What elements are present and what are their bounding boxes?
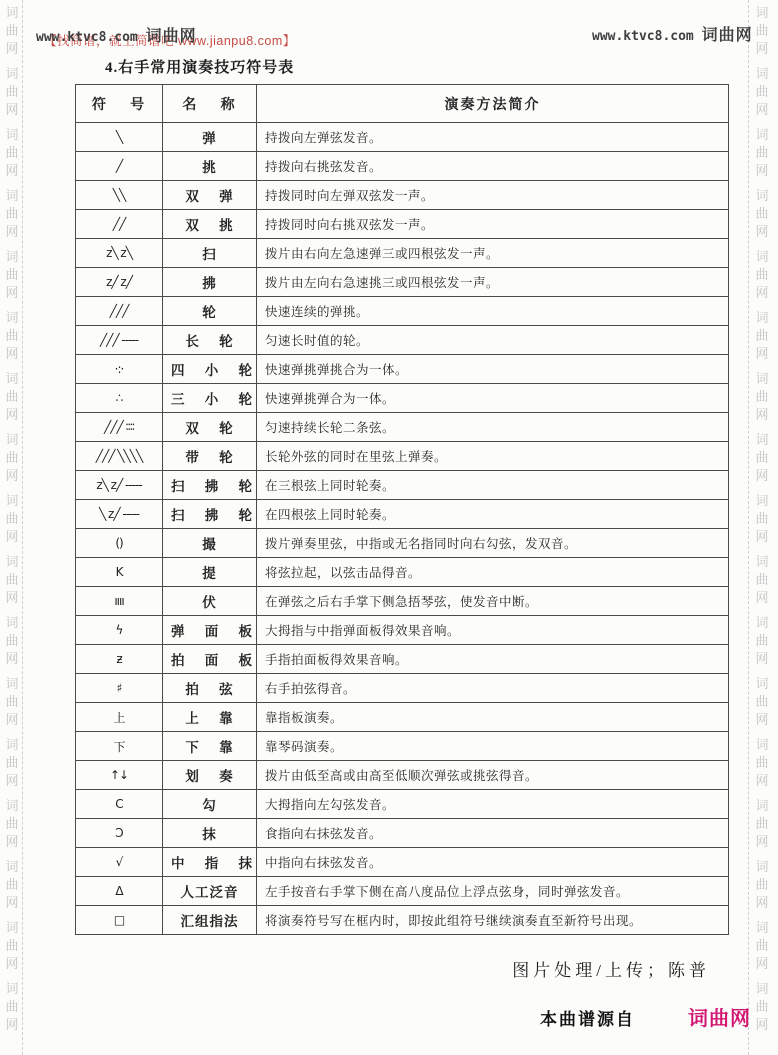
- technique-symbol: ╲: [76, 123, 163, 152]
- technique-symbol: Δ: [76, 877, 163, 906]
- side-watermark-char: 网: [755, 772, 768, 790]
- table-row: ╱ 挑 持拨向右挑弦发音。: [76, 152, 729, 181]
- technique-description: 中指向右抹弦发音。: [257, 848, 729, 877]
- side-watermark-char: 网: [5, 345, 18, 363]
- side-watermark-char: 词: [5, 919, 18, 937]
- side-watermark-char: 词: [755, 370, 768, 388]
- side-watermark-group: 词曲网: [5, 370, 18, 424]
- technique-name: 扫: [163, 239, 257, 268]
- side-watermark-char: 曲: [755, 815, 768, 833]
- column-header-symbol: 符 号: [76, 85, 163, 123]
- technique-name: 抹: [163, 819, 257, 848]
- side-watermark-group: 词曲网: [5, 797, 18, 851]
- side-watermark-char: 曲: [5, 815, 18, 833]
- side-watermark-char: 曲: [5, 22, 18, 40]
- side-watermark-char: 曲: [5, 571, 18, 589]
- column-header-name: 名 称: [163, 85, 257, 123]
- table-row: 下 下 靠 靠琴码演奏。: [76, 732, 729, 761]
- side-watermark-group: 词曲网: [5, 492, 18, 546]
- technique-symbol: z╱ z╱: [76, 268, 163, 297]
- technique-symbol: ϟ: [76, 616, 163, 645]
- side-watermark-char: 网: [755, 955, 768, 973]
- technique-name: 三 小 轮: [163, 384, 257, 413]
- side-watermark-group: 词曲网: [755, 309, 768, 363]
- side-watermark-char: 网: [755, 589, 768, 607]
- technique-name: 下 靠: [163, 732, 257, 761]
- source-label: 本曲谱源自: [540, 1005, 635, 1030]
- table-row: ╲ z╱ ----- 扫 拂 轮 在四根弦上同时轮奏。: [76, 500, 729, 529]
- table-row: ƶ 拍 面 板 手指拍面板得效果音响。: [76, 645, 729, 674]
- technique-name: 提: [163, 558, 257, 587]
- side-watermark-char: 网: [755, 833, 768, 851]
- side-watermark-char: 曲: [755, 449, 768, 467]
- technique-name: 勾: [163, 790, 257, 819]
- side-watermark-char: 网: [5, 101, 18, 119]
- technique-name: 上 靠: [163, 703, 257, 732]
- table-row: 上 上 靠 靠指板演奏。: [76, 703, 729, 732]
- side-watermark-group: 词曲网: [755, 858, 768, 912]
- side-watermark-char: 网: [5, 40, 18, 58]
- side-watermark-char: 词: [755, 980, 768, 998]
- page-title: 4.右手常用演奏技巧符号表: [105, 56, 294, 77]
- side-watermark-char: 词: [755, 797, 768, 815]
- side-watermark-char: 曲: [5, 693, 18, 711]
- technique-name: 撮: [163, 529, 257, 558]
- side-watermark-char: 词: [5, 248, 18, 266]
- side-watermark-group: 词曲网: [5, 65, 18, 119]
- ciquwang-logo: 词曲网: [688, 1002, 751, 1031]
- column-header-description: 演奏方法简介: [257, 85, 729, 123]
- technique-description: 右手拍弦得音。: [257, 674, 729, 703]
- side-watermark-char: 网: [755, 467, 768, 485]
- side-watermark-char: 曲: [755, 510, 768, 528]
- side-watermark-group: 词曲网: [755, 187, 768, 241]
- side-watermark-group: 词曲网: [755, 65, 768, 119]
- side-watermark-char: 曲: [5, 754, 18, 772]
- table-row: ·:· 四 小 轮 快速弹挑弹挑合为一体。: [76, 355, 729, 384]
- technique-description: 快速连续的弹挑。: [257, 297, 729, 326]
- side-watermark-char: 网: [5, 711, 18, 729]
- side-watermark-char: 词: [5, 370, 18, 388]
- side-watermark-char: 网: [755, 894, 768, 912]
- table-row: ╱╱╱ ∶∶∶∶ 双 轮 匀速持续长轮二条弦。: [76, 413, 729, 442]
- table-row: ıııı 伏 在弹弦之后右手掌下侧急捂琴弦，使发音中断。: [76, 587, 729, 616]
- side-watermark-char: 词: [5, 431, 18, 449]
- table-row: ╱╱╱ ╲╲╲╲ 带 轮 长轮外弦的同时在里弦上弹奏。: [76, 442, 729, 471]
- technique-description: 食指向右抹弦发音。: [257, 819, 729, 848]
- side-watermark-char: 曲: [755, 22, 768, 40]
- side-watermark-char: 词: [5, 614, 18, 632]
- side-watermark-group: 词曲网: [5, 248, 18, 302]
- technique-name: 划 奏: [163, 761, 257, 790]
- table-row: z╱ z╱ 拂 拨片由左向右急速挑三或四根弦发一声。: [76, 268, 729, 297]
- side-watermark-char: 网: [5, 223, 18, 241]
- side-watermark-char: 网: [755, 284, 768, 302]
- uploader-credit: 图片处理/上传；陈普: [0, 956, 710, 981]
- side-watermark-char: 词: [755, 248, 768, 266]
- table-row: ↑↓ 划 奏 拨片由低至高或由高至低顺次弹弦或挑弦得音。: [76, 761, 729, 790]
- side-watermark-char: 词: [755, 309, 768, 327]
- side-watermark-char: 曲: [5, 876, 18, 894]
- technique-name: 轮: [163, 297, 257, 326]
- technique-description: 拨片由低至高或由高至低顺次弹弦或挑弦得音。: [257, 761, 729, 790]
- technique-description: 持拨向左弹弦发音。: [257, 123, 729, 152]
- side-watermark-char: 网: [755, 406, 768, 424]
- side-watermark-group: 词曲网: [755, 919, 768, 973]
- side-watermark-group: 词曲网: [755, 370, 768, 424]
- technique-description: 拨片由右向左急速弹三或四根弦发一声。: [257, 239, 729, 268]
- side-watermark-group: 词曲网: [755, 492, 768, 546]
- scanned-sheet-page: { "watermarks": { "side_text": "词曲网", "t…: [0, 0, 778, 1055]
- table-row: () 撮 拨片弹奏里弦，中指或无名指同时向右勾弦，发双音。: [76, 529, 729, 558]
- technique-symbol: √: [76, 848, 163, 877]
- side-watermark-char: 曲: [755, 693, 768, 711]
- side-watermark-group: 词曲网: [755, 553, 768, 607]
- side-watermark-group: 词曲网: [755, 126, 768, 180]
- technique-description: 持拨同时向右挑双弦发一声。: [257, 210, 729, 239]
- technique-description: 将弦拉起，以弦击品得音。: [257, 558, 729, 587]
- side-watermark-char: 网: [5, 833, 18, 851]
- side-watermark-char: 曲: [5, 449, 18, 467]
- technique-name: 人工泛音: [163, 877, 257, 906]
- table-row: □ 汇组指法 将演奏符号写在框内时，即按此组符号继续演奏直至新符号出现。: [76, 906, 729, 935]
- table-header-row: 符 号 名 称 演奏方法简介: [76, 85, 729, 123]
- technique-symbol: ╱: [76, 152, 163, 181]
- technique-symbol: ∴: [76, 384, 163, 413]
- technique-name: 扫 拂 轮: [163, 471, 257, 500]
- side-watermark-char: 网: [5, 284, 18, 302]
- side-watermark-char: 词: [755, 4, 768, 22]
- technique-description: 拨片由左向右急速挑三或四根弦发一声。: [257, 268, 729, 297]
- side-watermark-char: 曲: [755, 571, 768, 589]
- table-row: ╱╱ 双 挑 持拨同时向右挑双弦发一声。: [76, 210, 729, 239]
- side-watermark-char: 词: [755, 187, 768, 205]
- technique-symbol: ╲ z╱ -----: [76, 500, 163, 529]
- technique-name: 双 挑: [163, 210, 257, 239]
- side-watermark-char: 网: [5, 894, 18, 912]
- side-watermark-group: 词曲网: [755, 675, 768, 729]
- side-watermark-char: 词: [5, 797, 18, 815]
- table-row: K 提 将弦拉起，以弦击品得音。: [76, 558, 729, 587]
- ciqu-site-name-left: 词曲网: [146, 28, 197, 45]
- side-watermark-char: 曲: [755, 876, 768, 894]
- table-row: Δ 人工泛音 左手按音右手掌下侧在高八度品位上浮点弦身，同时弹弦发音。: [76, 877, 729, 906]
- technique-description: 手指拍面板得效果音响。: [257, 645, 729, 674]
- ktvc8-url-left: www.ktvc8.com: [36, 30, 138, 45]
- side-watermark-char: 曲: [5, 266, 18, 284]
- side-watermark-char: 网: [755, 528, 768, 546]
- side-watermark-char: 网: [5, 162, 18, 180]
- technique-symbol: ↑↓: [76, 761, 163, 790]
- technique-name: 拂: [163, 268, 257, 297]
- side-watermark-char: 词: [5, 65, 18, 83]
- side-watermark-char: 网: [5, 467, 18, 485]
- technique-symbol: Ɔ: [76, 819, 163, 848]
- side-watermark-char: 曲: [755, 83, 768, 101]
- side-watermark-char: 词: [5, 980, 18, 998]
- technique-symbol: 上: [76, 703, 163, 732]
- ktvc8-watermark-top-right: www.ktvc8.com 词曲网: [592, 22, 753, 45]
- table-row: ╲╲ 双 弹 持拨同时向左弹双弦发一声。: [76, 181, 729, 210]
- side-watermark-char: 曲: [5, 388, 18, 406]
- side-watermark-char: 曲: [5, 937, 18, 955]
- side-watermark-char: 曲: [5, 83, 18, 101]
- side-watermark-group: 词曲网: [5, 858, 18, 912]
- side-watermark-char: 网: [5, 406, 18, 424]
- technique-description: 大拇指与中指弹面板得效果音响。: [257, 616, 729, 645]
- side-watermark-char: 曲: [5, 632, 18, 650]
- technique-symbol: K: [76, 558, 163, 587]
- technique-symbol: ╱╱╱: [76, 297, 163, 326]
- table-row: z╲ z╱ ----- 扫 拂 轮 在三根弦上同时轮奏。: [76, 471, 729, 500]
- side-watermark-char: 词: [5, 675, 18, 693]
- technique-name: 双 轮: [163, 413, 257, 442]
- side-watermark-group: 词曲网: [5, 553, 18, 607]
- side-watermark-char: 曲: [755, 754, 768, 772]
- side-watermark-char: 网: [755, 223, 768, 241]
- side-watermark-char: 词: [755, 614, 768, 632]
- side-watermark-char: 曲: [755, 266, 768, 284]
- side-watermark-group: 词曲网: [5, 675, 18, 729]
- side-watermark-group: 词曲网: [5, 126, 18, 180]
- side-watermark-char: 曲: [755, 632, 768, 650]
- technique-table-body: ╲ 弹 持拨向左弹弦发音。 ╱ 挑 持拨向右挑弦发音。 ╲╲ 双 弹 持拨同时向…: [76, 123, 729, 935]
- side-watermark-char: 网: [755, 162, 768, 180]
- side-watermark-char: 网: [5, 650, 18, 668]
- table-row: ╱╱╱ ----- 长 轮 匀速长时值的轮。: [76, 326, 729, 355]
- technique-name: 伏: [163, 587, 257, 616]
- side-watermark-char: 网: [5, 772, 18, 790]
- side-watermark-group: 词曲网: [5, 614, 18, 668]
- table-row: ∴ 三 小 轮 快速弹挑弹合为一体。: [76, 384, 729, 413]
- technique-symbol: z╲ z╲: [76, 239, 163, 268]
- technique-description: 持拨同时向左弹双弦发一声。: [257, 181, 729, 210]
- side-watermark-char: 词: [755, 431, 768, 449]
- side-watermark-char: 词: [5, 736, 18, 754]
- side-watermark-char: 词: [755, 126, 768, 144]
- side-watermark-char: 词: [755, 675, 768, 693]
- technique-symbol: ╱╱: [76, 210, 163, 239]
- right-edge-watermark-column: 词曲网词曲网词曲网词曲网词曲网词曲网词曲网词曲网词曲网词曲网词曲网词曲网词曲网词…: [752, 0, 772, 1055]
- technique-description: 左手按音右手掌下侧在高八度品位上浮点弦身，同时弹弦发音。: [257, 877, 729, 906]
- left-edge-watermark-column: 词曲网词曲网词曲网词曲网词曲网词曲网词曲网词曲网词曲网词曲网词曲网词曲网词曲网词…: [2, 0, 22, 1055]
- table-row: ♯ 拍 弦 右手拍弦得音。: [76, 674, 729, 703]
- side-watermark-char: 网: [755, 650, 768, 668]
- side-watermark-char: 网: [5, 589, 18, 607]
- side-watermark-char: 曲: [755, 388, 768, 406]
- technique-name: 弹: [163, 123, 257, 152]
- source-attribution-line: 本曲谱源自 词曲网: [0, 1002, 778, 1032]
- technique-symbol: ╱╱╱ -----: [76, 326, 163, 355]
- technique-symbol-table: 符 号 名 称 演奏方法简介 ╲ 弹 持拨向左弹弦发音。 ╱ 挑 持拨向右挑弦发…: [75, 84, 729, 935]
- side-watermark-char: 曲: [755, 205, 768, 223]
- technique-description: 在三根弦上同时轮奏。: [257, 471, 729, 500]
- ciqu-site-name-right: 词曲网: [702, 27, 753, 44]
- side-watermark-group: 词曲网: [755, 248, 768, 302]
- technique-symbol: 下: [76, 732, 163, 761]
- side-watermark-char: 曲: [5, 205, 18, 223]
- technique-name: 弹 面 板: [163, 616, 257, 645]
- side-watermark-group: 词曲网: [5, 187, 18, 241]
- side-watermark-group: 词曲网: [755, 431, 768, 485]
- left-dashed-divider: [22, 0, 23, 1055]
- side-watermark-char: 词: [755, 65, 768, 83]
- technique-symbol: ıııı: [76, 587, 163, 616]
- table-row: Ɔ 抹 食指向右抹弦发音。: [76, 819, 729, 848]
- side-watermark-char: 词: [755, 492, 768, 510]
- side-watermark-char: 曲: [5, 144, 18, 162]
- side-watermark-char: 曲: [5, 327, 18, 345]
- technique-name: 双 弹: [163, 181, 257, 210]
- technique-name: 扫 拂 轮: [163, 500, 257, 529]
- side-watermark-group: 词曲网: [755, 736, 768, 790]
- technique-symbol: ╱╱╱ ∶∶∶∶: [76, 413, 163, 442]
- technique-description: 长轮外弦的同时在里弦上弹奏。: [257, 442, 729, 471]
- side-watermark-char: 网: [755, 711, 768, 729]
- side-watermark-group: 词曲网: [5, 309, 18, 363]
- technique-description: 匀速长时值的轮。: [257, 326, 729, 355]
- side-watermark-char: 词: [5, 126, 18, 144]
- table-row: √ 中 指 抹 中指向右抹弦发音。: [76, 848, 729, 877]
- technique-description: 大拇指向左勾弦发音。: [257, 790, 729, 819]
- side-watermark-char: 网: [755, 345, 768, 363]
- technique-description: 靠指板演奏。: [257, 703, 729, 732]
- technique-name: 拍 面 板: [163, 645, 257, 674]
- side-watermark-char: 词: [5, 492, 18, 510]
- ktvc8-url-right: www.ktvc8.com: [592, 29, 694, 44]
- technique-symbol: ·:·: [76, 355, 163, 384]
- side-watermark-group: 词曲网: [755, 797, 768, 851]
- side-watermark-char: 曲: [755, 937, 768, 955]
- technique-symbol: ╲╲: [76, 181, 163, 210]
- side-watermark-group: 词曲网: [5, 736, 18, 790]
- side-watermark-group: 词曲网: [5, 431, 18, 485]
- technique-symbol: (): [76, 529, 163, 558]
- technique-description: 匀速持续长轮二条弦。: [257, 413, 729, 442]
- technique-description: 拨片弹奏里弦，中指或无名指同时向右勾弦，发双音。: [257, 529, 729, 558]
- ktvc8-watermark-top-left: www.ktvc8.com 词曲网: [36, 23, 197, 46]
- table-row: ╱╱╱ 轮 快速连续的弹挑。: [76, 297, 729, 326]
- side-watermark-char: 词: [755, 919, 768, 937]
- technique-symbol: ƶ: [76, 645, 163, 674]
- technique-description: 在弹弦之后右手掌下侧急捂琴弦，使发音中断。: [257, 587, 729, 616]
- technique-name: 带 轮: [163, 442, 257, 471]
- side-watermark-group: 词曲网: [755, 4, 768, 58]
- table-row: ╲ 弹 持拨向左弹弦发音。: [76, 123, 729, 152]
- technique-symbol: ♯: [76, 674, 163, 703]
- technique-name: 长 轮: [163, 326, 257, 355]
- right-dashed-divider: [748, 0, 749, 1055]
- technique-symbol: C: [76, 790, 163, 819]
- side-watermark-char: 词: [5, 187, 18, 205]
- side-watermark-char: 网: [755, 40, 768, 58]
- side-watermark-char: 词: [5, 4, 18, 22]
- technique-description: 靠琴码演奏。: [257, 732, 729, 761]
- side-watermark-char: 网: [755, 101, 768, 119]
- technique-name: 拍 弦: [163, 674, 257, 703]
- table-row: ϟ 弹 面 板 大拇指与中指弹面板得效果音响。: [76, 616, 729, 645]
- side-watermark-char: 词: [5, 553, 18, 571]
- technique-symbol: z╲ z╱ -----: [76, 471, 163, 500]
- side-watermark-char: 词: [5, 309, 18, 327]
- table-row: z╲ z╲ 扫 拨片由右向左急速弹三或四根弦发一声。: [76, 239, 729, 268]
- technique-name: 挑: [163, 152, 257, 181]
- technique-description: 在四根弦上同时轮奏。: [257, 500, 729, 529]
- side-watermark-char: 词: [755, 736, 768, 754]
- side-watermark-char: 词: [755, 553, 768, 571]
- side-watermark-char: 词: [755, 858, 768, 876]
- technique-description: 持拨向右挑弦发音。: [257, 152, 729, 181]
- technique-description: 快速弹挑弹挑合为一体。: [257, 355, 729, 384]
- technique-symbol: □: [76, 906, 163, 935]
- technique-description: 快速弹挑弹合为一体。: [257, 384, 729, 413]
- side-watermark-char: 曲: [5, 510, 18, 528]
- technique-symbol: ╱╱╱ ╲╲╲╲: [76, 442, 163, 471]
- technique-name: 四 小 轮: [163, 355, 257, 384]
- side-watermark-char: 网: [5, 528, 18, 546]
- side-watermark-char: 曲: [755, 327, 768, 345]
- side-watermark-group: 词曲网: [5, 4, 18, 58]
- technique-name: 汇组指法: [163, 906, 257, 935]
- technique-description: 将演奏符号写在框内时，即按此组符号继续演奏直至新符号出现。: [257, 906, 729, 935]
- side-watermark-char: 曲: [755, 144, 768, 162]
- side-watermark-group: 词曲网: [755, 614, 768, 668]
- table-row: C 勾 大拇指向左勾弦发音。: [76, 790, 729, 819]
- side-watermark-char: 词: [5, 858, 18, 876]
- technique-name: 中 指 抹: [163, 848, 257, 877]
